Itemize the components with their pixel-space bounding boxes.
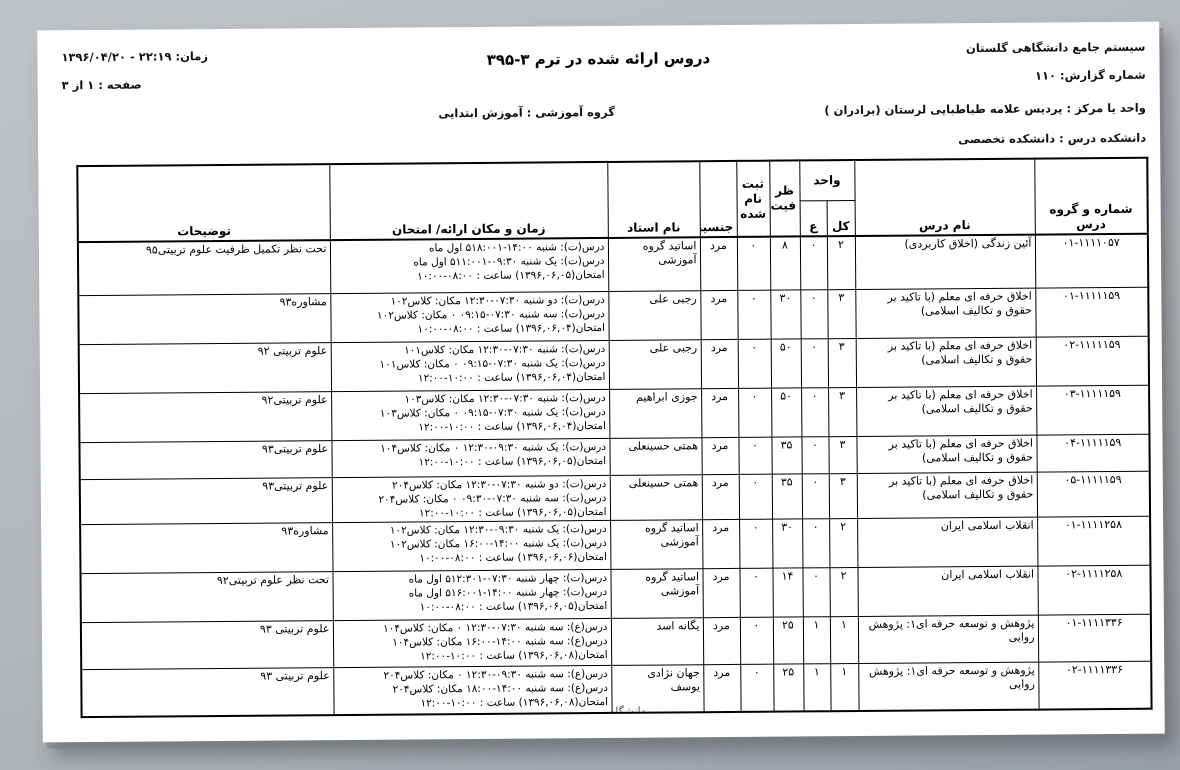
units-total: ۳ <box>827 289 855 338</box>
unit-or-center: واحد یا مرکز : پردیس علامه طباطبایی لرست… <box>824 101 1146 118</box>
gender: مرد <box>701 339 738 388</box>
table-row: ۰۱-۱۱۱۱۲۵۸ انقلاب اسلامی ایران ۲ ۰ ۳۰ ۰ … <box>80 516 1150 573</box>
gender: مرد <box>702 474 739 519</box>
units-total: ۱ <box>830 616 858 663</box>
schedule-line: امتحان(۱۳۹۶,۰۶,۰۵) ساعت : ۱۰:۰۰-۱۲:۰۰ <box>335 505 606 521</box>
course-id: ۰۱-۱۱۱۱۳۳۶ <box>1038 614 1151 662</box>
notes-cell: علوم تربیتی ۹۳ <box>81 667 333 717</box>
table-row: ۰۱-۱۱۱۱۱۵۹ اخلاق حرفه ای معلم (با تاکید … <box>78 287 1148 344</box>
registered: ۰ <box>737 237 770 290</box>
education-group: گروه آموزشی : آموزش ابتدایی <box>438 105 615 120</box>
course-id: ۰۲-۱۱۱۱۲۵۸ <box>1037 565 1150 615</box>
schedule-cell: درس(ت): شنبه ۰۷:۳۰-۱۲:۳۰ مکان: کلاس۱۰۱ د… <box>331 340 609 391</box>
schedule-line: امتحان(۱۳۹۶,۰۶,۰۸) ساعت : ۱۰:۰۰-۱۲:۰۰ <box>337 648 608 664</box>
notes-cell: علوم تربیتی۹۲ <box>79 391 331 442</box>
units-total: ۲ <box>827 236 855 289</box>
schedule-cell: درس(ت): یک شنبه ۰۹:۳۰-۱۲:۳۰ ۰ مکان: کلاس… <box>331 438 609 477</box>
report-sheet: سیستم جامع دانشگاهی گلستان شماره گزارش: … <box>37 22 1165 743</box>
notes-cell: علوم تربیتی ۹۳ <box>81 620 333 669</box>
course-id: ۰۲-۱۱۱۱۳۳۶ <box>1038 661 1151 710</box>
col-units-total: کل <box>827 200 855 236</box>
units-practical: ۰ <box>800 289 827 338</box>
registered: ۰ <box>740 664 773 712</box>
schedule-line: امتحان(۱۳۹۶,۰۶,۰۶) ساعت : ۰۸:۰۰-۱۰:۰۰ <box>336 550 607 566</box>
courses-table: شماره و گروه درس نام درس واحد ظر فیت ثبت… <box>76 157 1152 719</box>
col-capacity: ظر فیت <box>769 160 800 236</box>
schedule-cell: درس(ت): یک شنبه ۰۹:۳۰-۱۲:۳۰ مکان: کلاس۱۰… <box>332 520 610 571</box>
schedule-line: امتحان(۱۳۹۶,۰۶,۰۵) ساعت : ۰۸:۰۰-۱۰:۰۰ <box>336 599 607 615</box>
course-id: ۰۱-۱۱۱۱۱۵۹ <box>1035 287 1148 337</box>
schedule-line: امتحان(۱۳۹۶,۰۶,۰۸) ساعت : ۱۰:۰۰-۱۲:۰۰ <box>337 695 608 711</box>
capacity: ۲۵ <box>773 664 803 712</box>
notes-cell: علوم تربیتی ۹۲ <box>79 342 331 393</box>
notes-cell: علوم تربیتی۹۳ <box>80 477 332 524</box>
col-teacher: نام استاد <box>607 161 700 238</box>
units-practical: ۰ <box>802 567 829 616</box>
capacity: ۳۵ <box>772 473 802 518</box>
capacity: ۸ <box>770 236 800 289</box>
course-id: ۰۵-۱۱۱۱۱۵۹ <box>1037 471 1150 517</box>
table-row: ۰۱-۱۱۱۱۰۵۷ آئین زندگی (اخلاق کاربردی) ۲ … <box>78 234 1148 295</box>
units-practical: ۱ <box>803 616 830 663</box>
course-name: انقلاب اسلامی ایران <box>857 566 1037 616</box>
units-practical: ۰ <box>800 236 827 289</box>
gender: مرد <box>701 388 738 437</box>
table-header: شماره و گروه درس نام درس واحد ظر فیت ثبت… <box>77 158 1148 242</box>
schedule-line: درس(ت): دو شنبه ۰۷:۳۰-۱۲:۳۰ مکان: کلاس۱۰… <box>334 292 605 308</box>
schedule-cell: درس(ع): سه شنبه ۰۷:۳۰-۱۲:۳۰ ۰ مکان: کلاس… <box>333 618 611 667</box>
capacity: ۳۰ <box>772 519 802 568</box>
notes-cell: مشاوره۹۳ <box>78 293 330 344</box>
col-registered: ثبت نام شده <box>736 161 770 237</box>
teacher-name: اساتید گروه آموزشی <box>610 519 702 569</box>
teacher-name: اساتید گروه آموزشی <box>610 568 702 618</box>
registered: ۰ <box>738 388 771 437</box>
units-practical: ۰ <box>801 338 828 387</box>
units-practical: ۱ <box>803 663 830 711</box>
col-notes: توضیحات <box>77 164 330 242</box>
col-gender: جنسیت <box>699 161 737 237</box>
gender: مرد <box>700 237 737 290</box>
units-practical: ۰ <box>801 387 828 436</box>
page-background: { "accent_colors": {"paper": "#ffffff", … <box>0 0 1180 770</box>
registered: ۰ <box>738 339 771 388</box>
schedule-cell: درس(ت): شنبه ۰۷:۳۰-۱۲:۳۰ مکان: کلاس۱۰۳ د… <box>331 389 609 440</box>
course-id: ۰۱-۱۱۱۱۲۵۸ <box>1037 516 1150 566</box>
course-name: انقلاب اسلامی ایران <box>857 517 1037 567</box>
schedule-line: امتحان(۱۳۹۶,۰۶,۰۴) ساعت : ۱۰:۰۰-۱۲:۰۰ <box>335 419 606 435</box>
gender: مرد <box>702 568 739 617</box>
notes-cell: تحت نظر علوم تربیتی۹۲ <box>80 571 332 622</box>
col-course-name: نام درس <box>854 159 1035 236</box>
table-row: ۰۲-۱۱۱۱۱۵۹ اخلاق حرفه ای معلم (با تاکید … <box>79 336 1149 393</box>
col-units: واحد <box>799 160 854 200</box>
print-time: زمان: ۲۲:۱۹ - ۱۳۹۶/۰۴/۲۰ <box>61 49 208 64</box>
registered: ۰ <box>739 474 772 519</box>
course-name: اخلاق حرفه ای معلم (با تاکید بر حقوق و ت… <box>856 386 1036 436</box>
course-name: آئین زندگی (اخلاق کاربردی) <box>855 235 1035 289</box>
units-total: ۳ <box>828 338 856 387</box>
units-practical: ۰ <box>802 518 829 567</box>
col-units-practical: ع <box>800 200 827 236</box>
schedule-cell: درس(ت): دو شنبه ۰۷:۳۰-۱۲:۳۰ مکان: کلاس۱۰… <box>330 291 608 342</box>
capacity: ۳۰ <box>770 289 800 338</box>
units-practical: ۰ <box>802 473 829 518</box>
units-practical: ۰ <box>801 436 828 473</box>
units-total: ۱ <box>830 663 858 711</box>
schedule-line: درس(ت): شنبه ۰۷:۳۰-۱۲:۳۰ مکان: کلاس۱۰۳ <box>335 390 606 406</box>
clipped-text-artifact: دانشگاه <box>583 704 673 712</box>
faculty: دانشکده درس : دانشکده تخصصی <box>958 131 1146 146</box>
col-course-id: شماره و گروه درس <box>1034 158 1148 235</box>
teacher-name: جوزی ابراهیم <box>609 388 701 438</box>
capacity: ۵۰ <box>771 338 801 387</box>
course-id: ۰۳-۱۱۱۱۱۵۹ <box>1036 385 1149 435</box>
units-total: ۳ <box>828 436 856 473</box>
report-number: شماره گزارش: ۱۱۰ <box>1035 68 1146 83</box>
notes-cell: علوم تربیتی۹۳ <box>79 440 331 479</box>
notes-cell: تحت نظر تکمیل ظرفیت علوم تربیتی۹۵ <box>78 240 330 295</box>
units-total: ۳ <box>829 473 857 518</box>
registered: ۰ <box>738 437 771 474</box>
teacher-name: اساتید گروه آموزشی <box>608 237 700 291</box>
teacher-name: یگانه اسد <box>611 617 703 665</box>
schedule-line: امتحان(۱۳۹۶,۰۶,۰۴) ساعت : ۱۰:۰۰-۱۲:۰۰ <box>334 370 605 386</box>
schedule-cell: درس(ت): دو شنبه ۰۷:۳۰-۱۲:۳۰ مکان: کلاس۲۰… <box>332 475 610 522</box>
course-name: پژوهش و توسعه حرفه ای۱: پژوهش روایی <box>858 615 1038 663</box>
capacity: ۲۵ <box>773 617 803 664</box>
gender: مرد <box>703 617 740 664</box>
teacher-name: همتی حسینعلی <box>609 437 701 475</box>
page-number: صفحه : ۱ از ۳ <box>62 78 142 93</box>
units-total: ۲ <box>829 518 857 567</box>
table-row: ۰۱-۱۱۱۱۳۳۶ پژوهش و توسعه حرفه ای۱: پژوهش… <box>81 614 1151 669</box>
notes-cell: مشاوره۹۳ <box>80 522 332 573</box>
col-schedule: زمان و مکان ارائه/ امتحان <box>329 162 608 240</box>
schedule-line: درس(ت): شنبه ۰۷:۳۰-۱۲:۳۰ مکان: کلاس۱۰۱ <box>334 341 605 357</box>
schedule-cell: درس(ع): سه شنبه ۰۹:۳۰-۱۲:۳۰ ۰ مکان: کلاس… <box>333 665 611 715</box>
course-id: ۰۴-۱۱۱۱۱۵۹ <box>1036 434 1149 472</box>
teacher-name: همتی حسینعلی <box>610 474 702 520</box>
course-id: ۰۲-۱۱۱۱۱۵۹ <box>1036 336 1149 386</box>
registered: ۰ <box>740 617 773 664</box>
course-name: پژوهش و توسعه حرفه ای۱: پژوهش روایی <box>858 662 1038 711</box>
schedule-cell: درس(ت): شنبه ⁦۵۱۸:۰۰۱-۱۴:۰۰⁩ اول ماه درس… <box>330 238 608 293</box>
schedule-cell: درس(ت): چهار شنبه ⁦۵۱۲:۳۰۱-۰۷:۳۰⁩ اول ما… <box>332 569 610 620</box>
schedule-line: درس(ت): یک شنبه ۰۹:۳۰-۱۲:۳۰ ۰ مکان: کلاس… <box>335 439 606 455</box>
course-name: اخلاق حرفه ای معلم (با تاکید بر حقوق و ت… <box>857 472 1037 519</box>
gender: مرد <box>701 437 738 474</box>
registered: ۰ <box>739 568 772 617</box>
capacity: ۵۰ <box>771 387 801 436</box>
units-total: ۳ <box>828 387 856 436</box>
schedule-line: امتحان(۱۳۹۶,۰۶,۰۴) ساعت : ۰۸:۰۰-۱۰:۰۰ <box>334 321 605 337</box>
course-name: اخلاق حرفه ای معلم (با تاکید بر حقوق و ت… <box>855 288 1035 338</box>
schedule-line: درس(ت): دو شنبه ۰۷:۳۰-۱۲:۳۰ مکان: کلاس۲۰… <box>335 476 606 492</box>
registered: ۰ <box>737 290 770 339</box>
gender: مرد <box>700 290 737 339</box>
table-row: ۰۲-۱۱۱۱۲۵۸ انقلاب اسلامی ایران ۲ ۰ ۱۴ ۰ … <box>80 565 1150 622</box>
course-name: اخلاق حرفه ای معلم (با تاکید بر حقوق و ت… <box>856 337 1036 387</box>
registered: ۰ <box>739 519 772 568</box>
course-id: ۰۱-۱۱۱۱۰۵۷ <box>1035 234 1148 288</box>
gender: مرد <box>703 664 740 712</box>
capacity: ۱۴ <box>772 568 802 617</box>
teacher-name: رجبی علی <box>608 290 700 340</box>
units-total: ۲ <box>829 567 857 616</box>
course-name: اخلاق حرفه ای معلم (با تاکید بر حقوق و ت… <box>856 435 1036 473</box>
capacity: ۳۵ <box>771 436 801 473</box>
schedule-line: امتحان(۱۳۹۶,۰۶,۰۵) ساعت : ۱۰:۰۰-۱۲:۰۰ <box>335 454 606 470</box>
schedule-line: امتحان(۱۳۹۶,۰۶,۰۵) ساعت : ۰۸:۰۰-۱۰:۰۰ <box>334 268 605 284</box>
table-row: ۰۳-۱۱۱۱۱۵۹ اخلاق حرفه ای معلم (با تاکید … <box>79 385 1149 442</box>
gender: مرد <box>702 519 739 568</box>
teacher-name: رجبی علی <box>609 339 701 389</box>
